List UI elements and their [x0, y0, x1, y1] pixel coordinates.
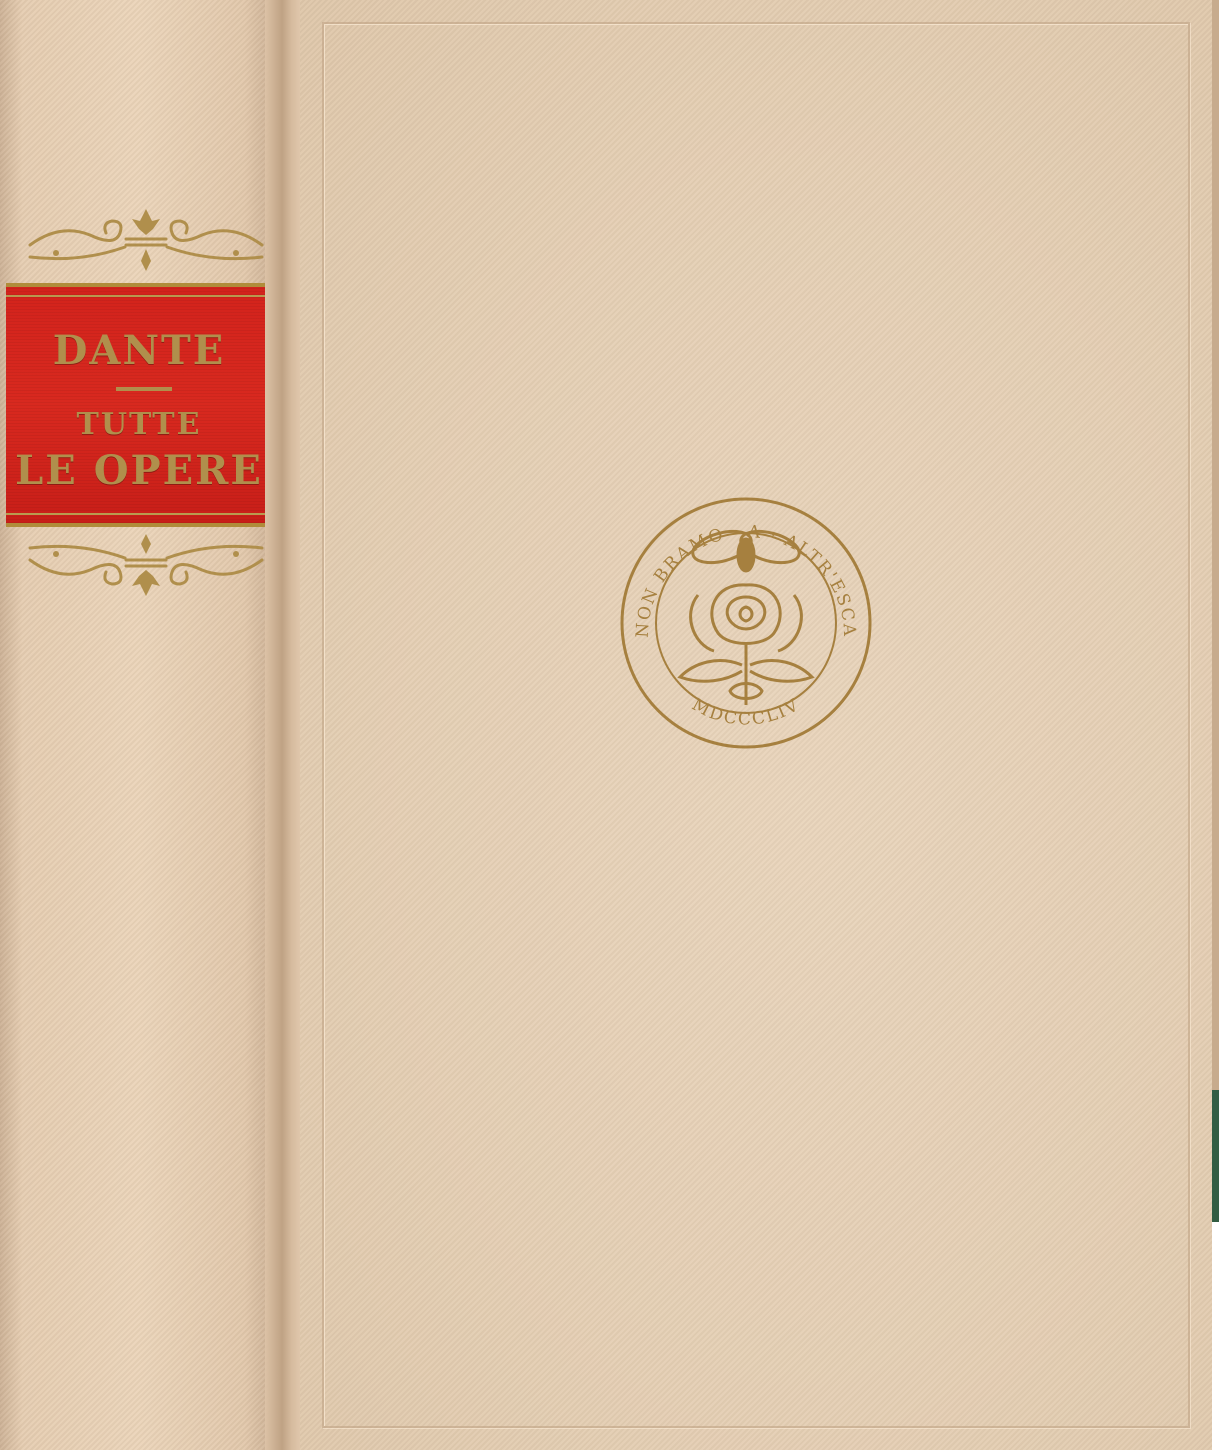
spine-ornament-top-icon: [20, 205, 272, 275]
label-dash: [116, 387, 172, 391]
spine-ornament-bottom-icon: [20, 530, 272, 600]
book-hinge: [265, 0, 303, 1450]
rose-bee-emblem-icon: NON BRAMO · A · ALTR'ESCA MDCCCLIV: [618, 495, 874, 751]
background: [1212, 1222, 1219, 1450]
page-edge: [1212, 0, 1219, 1450]
book-spine: DANTE TUTTE LE OPERE: [0, 0, 278, 1450]
board-edge: [1212, 0, 1219, 1090]
spine-title-line-1: TUTTE: [6, 407, 272, 442]
spine-title-label: DANTE TUTTE LE OPERE: [6, 283, 272, 527]
spine-author: DANTE: [6, 327, 272, 374]
label-rule: [6, 513, 272, 515]
book: DANTE TUTTE LE OPERE: [0, 0, 1219, 1450]
spine-title-line-2: LE OPERE: [6, 447, 272, 494]
label-rule: [6, 295, 272, 297]
